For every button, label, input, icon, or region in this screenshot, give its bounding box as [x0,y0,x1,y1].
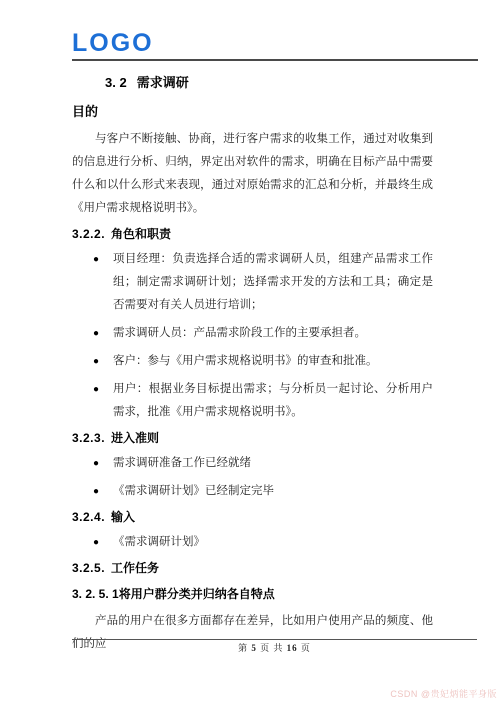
list-item-text: 用户：根据业务目标提出需求；与分析员一起讨论、分析用户需求，批准《用户需求规格说… [113,383,433,418]
list-item: ● 项目经理：负责选择合适的需求调研人员，组建产品需求工作组；制定需求调研计划；… [72,248,433,317]
section-title: 输入 [111,510,135,524]
document-page: LOGO 3. 2需求调研 目的 与客户不断接触、协商，进行客户需求的收集工作，… [0,0,500,707]
section-number: 3.2.5. [72,561,105,575]
roles-bullet-list: ● 项目经理：负责选择合适的需求调研人员，组建产品需求工作组；制定需求调研计划；… [72,248,433,424]
section-heading-3-2-2: 3.2.2.角色和职责 [72,226,433,242]
section-heading-3-2-5: 3.2.5.工作任务 [72,560,433,576]
purpose-heading: 目的 [72,104,433,120]
section-number: 3.2.2. [72,227,105,241]
document-body: 3. 2需求调研 目的 与客户不断接触、协商，进行客户需求的收集工作，通过对收集… [72,74,433,656]
subsection-heading-3-2-5-1: 3. 2. 5. 1将用户群分类并归纳各自特点 [72,586,433,602]
input-bullet-list: ● 《需求调研计划》 [72,531,433,554]
section-title: 角色和职责 [111,227,171,241]
subsection-number: 3. 2. 5. 1 [72,587,119,601]
company-logo: LOGO [72,30,154,56]
list-item: ● 需求调研准备工作已经就绪 [72,452,433,475]
list-item: ● 客户：参与《用户需求规格说明书》的审查和批准。 [72,350,433,373]
section-title: 工作任务 [111,561,159,575]
bullet-icon: ● [93,452,99,475]
section-number: 3. 2 [105,75,127,90]
section-heading-3-2-3: 3.2.3.进入准则 [72,430,433,446]
page-header: LOGO [72,30,478,61]
footer-middle: 页 共 [260,643,283,653]
csdn-watermark: CSDN @贵妃炳能平身版 [390,687,497,700]
purpose-paragraph: 与客户不断接触、协商，进行客户需求的收集工作，通过对收集到的信息进行分析、归纳，… [72,128,433,220]
footer-suffix: 页 [301,643,311,653]
list-item-text: 需求调研人员：产品需求阶段工作的主要承担者。 [113,327,366,339]
subsection-title: 将用户群分类并归纳各自特点 [119,587,275,601]
entry-criteria-bullet-list: ● 需求调研准备工作已经就绪 ● 《需求调研计划》已经制定完毕 [72,452,433,503]
bullet-icon: ● [93,531,99,554]
bullet-icon: ● [93,480,99,503]
list-item-text: 项目经理：负责选择合适的需求调研人员，组建产品需求工作组；制定需求调研计划；选择… [113,253,433,311]
section-title: 进入准则 [111,431,159,445]
section-heading-3-2: 3. 2需求调研 [105,74,433,91]
section-title: 需求调研 [137,75,189,90]
section-number: 3.2.4. [72,510,105,524]
bullet-icon: ● [93,350,99,373]
page-footer: 第 5 页 共 16 页 [72,639,477,654]
list-item: ● 用户：根据业务目标提出需求；与分析员一起讨论、分析用户需求，批准《用户需求规… [72,378,433,424]
list-item-text: 《需求调研计划》 [113,536,205,548]
list-item: ● 《需求调研计划》已经制定完毕 [72,480,433,503]
section-heading-3-2-4: 3.2.4.输入 [72,509,433,525]
list-item: ● 需求调研人员：产品需求阶段工作的主要承担者。 [72,322,433,345]
list-item: ● 《需求调研计划》 [72,531,433,554]
bullet-icon: ● [93,378,99,401]
bullet-icon: ● [93,248,99,271]
bullet-icon: ● [93,322,99,345]
footer-page-number: 5 [251,643,257,653]
list-item-text: 《需求调研计划》已经制定完毕 [113,485,274,497]
list-item-text: 需求调研准备工作已经就绪 [113,457,251,469]
section-number: 3.2.3. [72,431,105,445]
footer-prefix: 第 [238,643,248,653]
list-item-text: 客户：参与《用户需求规格说明书》的审查和批准。 [113,355,378,367]
footer-total-pages: 16 [287,643,298,653]
